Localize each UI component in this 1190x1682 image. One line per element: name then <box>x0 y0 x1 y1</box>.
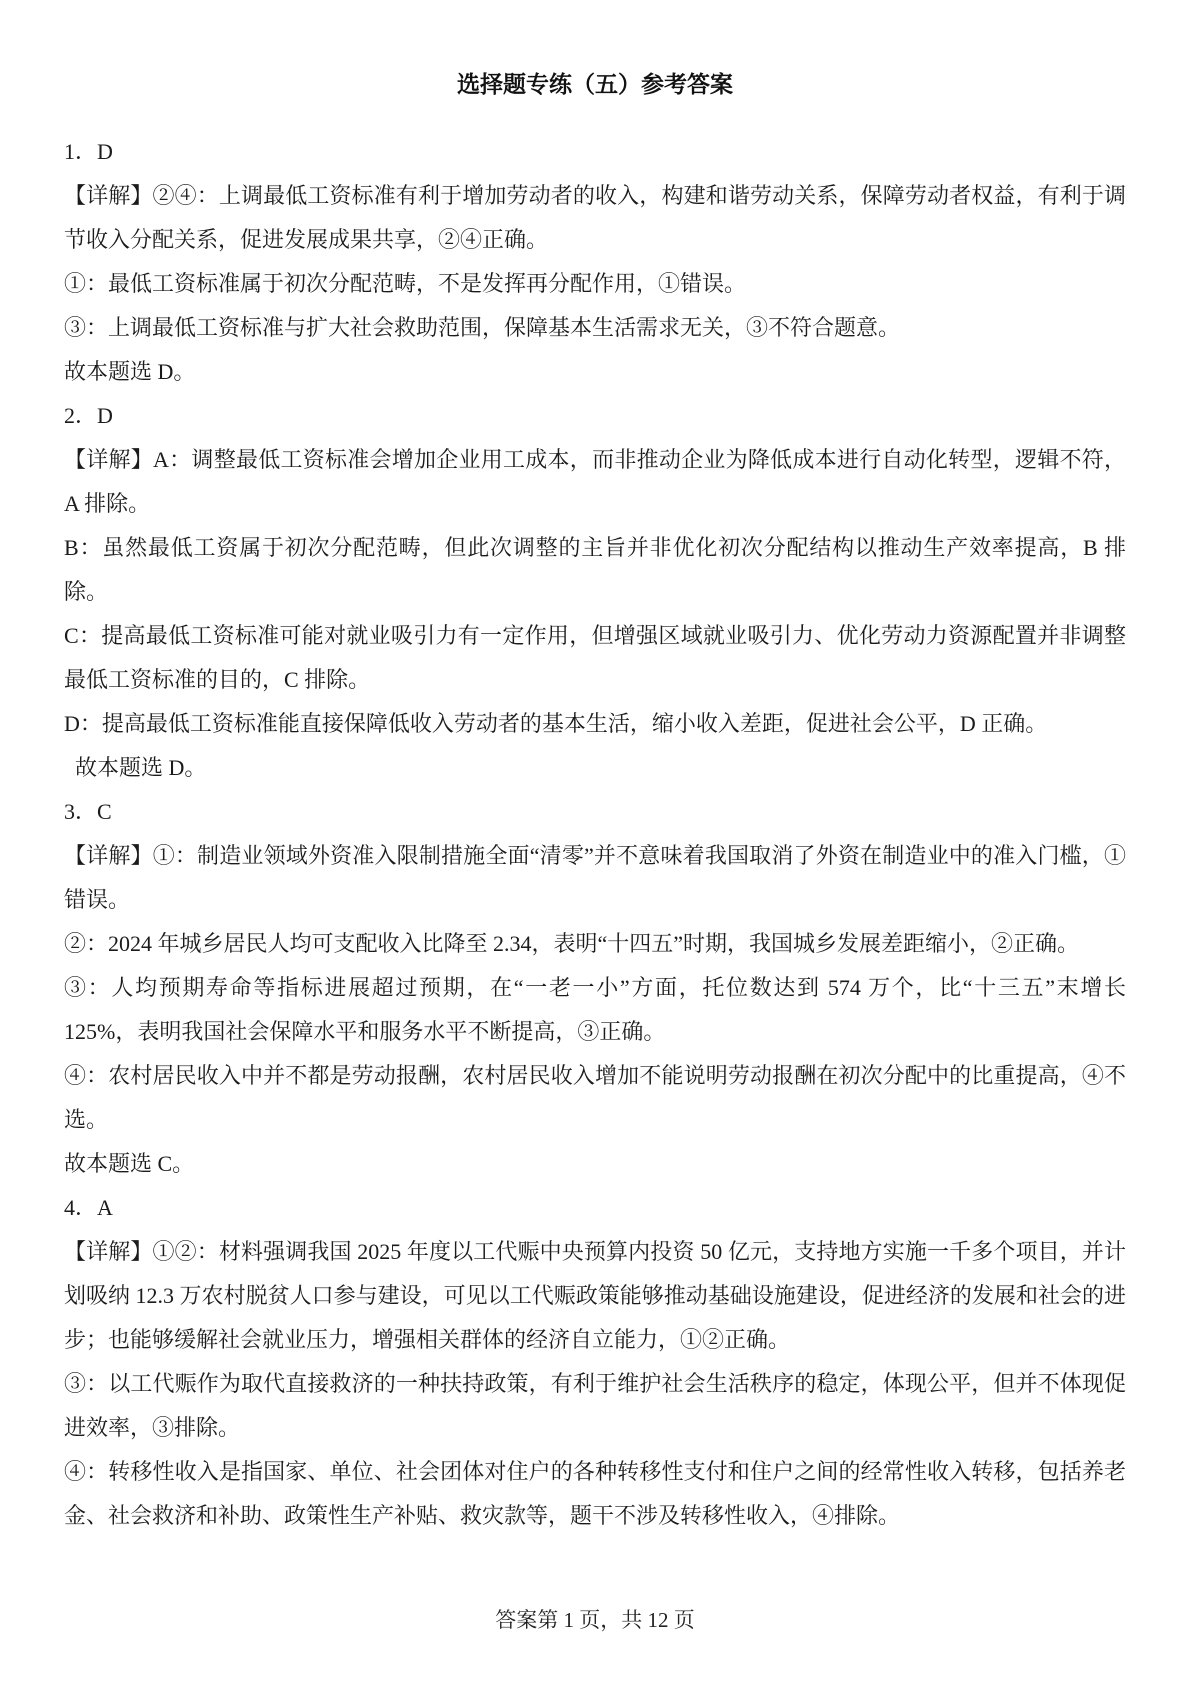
question-answer: 1．D <box>64 130 1126 174</box>
question-block-1: 1．D 【详解】②④：上调最低工资标准有利于增加劳动者的收入，构建和谐劳动关系，… <box>64 130 1126 394</box>
explanation-paragraph: ④：农村居民收入中并不都是劳动报酬，农村居民收入增加不能说明劳动报酬在初次分配中… <box>64 1054 1126 1142</box>
question-answer: 2．D <box>64 394 1126 438</box>
explanation-paragraph: ③：上调最低工资标准与扩大社会救助范围，保障基本生活需求无关，③不符合题意。 <box>64 306 1126 350</box>
explanation-paragraph: ③：人均预期寿命等指标进展超过预期，在“一老一小”方面，托位数达到 574 万个… <box>64 966 1126 1054</box>
conclusion-line: 故本题选 D。 <box>64 350 1126 394</box>
explanation-paragraph: B：虽然最低工资属于初次分配范畴，但此次调整的主旨并非优化初次分配结构以推动生产… <box>64 526 1126 614</box>
question-block-3: 3．C 【详解】①：制造业领域外资准入限制措施全面“清零”并不意味着我国取消了外… <box>64 790 1126 1186</box>
explanation-paragraph: 【详解】①：制造业领域外资准入限制措施全面“清零”并不意味着我国取消了外资在制造… <box>64 834 1126 922</box>
question-block-4: 4．A 【详解】①②：材料强调我国 2025 年度以工代赈中央预算内投资 50 … <box>64 1186 1126 1538</box>
explanation-paragraph: 【详解】A：调整最低工资标准会增加企业用工成本，而非推动企业为降低成本进行自动化… <box>64 438 1126 526</box>
explanation-paragraph: ④：转移性收入是指国家、单位、社会团体对住户的各种转移性支付和住户之间的经常性收… <box>64 1450 1126 1538</box>
explanation-paragraph: D：提高最低工资标准能直接保障低收入劳动者的基本生活，缩小收入差距，促进社会公平… <box>64 702 1126 746</box>
page-footer: 答案第 1 页，共 12 页 <box>0 1598 1190 1642</box>
document-page: 选择题专练（五）参考答案 1．D 【详解】②④：上调最低工资标准有利于增加劳动者… <box>0 0 1190 1682</box>
explanation-paragraph: ②：2024 年城乡居民人均可支配收入比降至 2.34，表明“十四五”时期，我国… <box>64 922 1126 966</box>
question-answer: 4．A <box>64 1186 1126 1230</box>
explanation-paragraph: C：提高最低工资标准可能对就业吸引力有一定作用，但增强区域就业吸引力、优化劳动力… <box>64 614 1126 702</box>
question-answer: 3．C <box>64 790 1126 834</box>
page-title: 选择题专练（五）参考答案 <box>64 70 1126 100</box>
explanation-paragraph: ③：以工代赈作为取代直接救济的一种扶持政策，有利于维护社会生活秩序的稳定，体现公… <box>64 1362 1126 1450</box>
question-block-2: 2．D 【详解】A：调整最低工资标准会增加企业用工成本，而非推动企业为降低成本进… <box>64 394 1126 790</box>
explanation-paragraph: 【详解】①②：材料强调我国 2025 年度以工代赈中央预算内投资 50 亿元，支… <box>64 1230 1126 1362</box>
explanation-paragraph: 【详解】②④：上调最低工资标准有利于增加劳动者的收入，构建和谐劳动关系，保障劳动… <box>64 174 1126 262</box>
conclusion-line: 故本题选 C。 <box>64 1142 1126 1186</box>
explanation-paragraph: ①：最低工资标准属于初次分配范畴，不是发挥再分配作用，①错误。 <box>64 262 1126 306</box>
conclusion-line: 故本题选 D。 <box>64 746 1126 790</box>
